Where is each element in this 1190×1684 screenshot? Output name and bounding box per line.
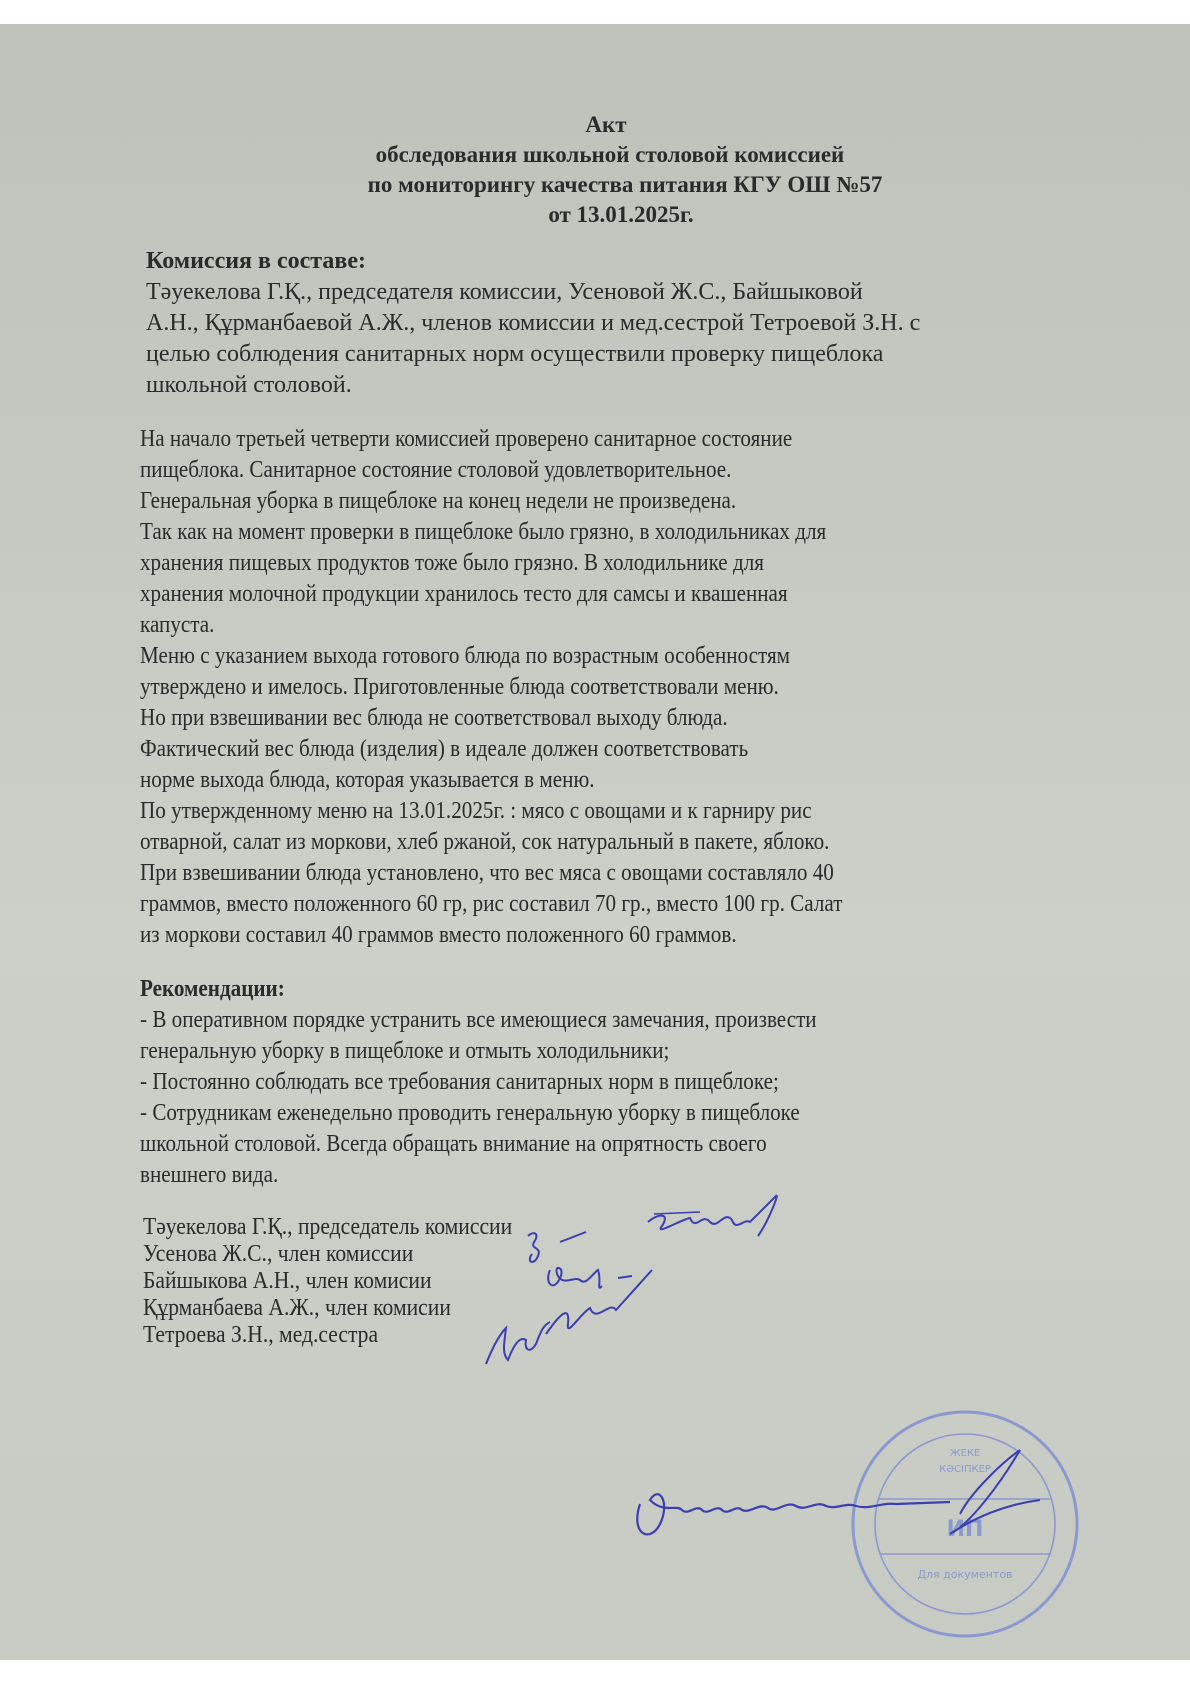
findings-line: норме выхода блюда, которая указывается … bbox=[140, 765, 595, 796]
findings-line: Но при взвешивании вес блюда не соответс… bbox=[140, 703, 728, 734]
commission-line: Тәуекелова Г.Қ., председателя комиссии, … bbox=[146, 277, 863, 308]
recommendation-line: внешнего вида. bbox=[140, 1160, 278, 1191]
commission-line: целью соблюдения санитарных норм осущест… bbox=[146, 339, 883, 370]
findings-line: хранения пищевых продуктов тоже было гря… bbox=[140, 548, 764, 579]
signature-chair-icon bbox=[640, 1192, 790, 1252]
signatory-member: Усенова Ж.С., член комиссии bbox=[143, 1241, 413, 1268]
recommendation-line: школьной столовой. Всегда обращать внима… bbox=[140, 1129, 767, 1160]
signatory-member: Байшыкова А.Н., член комисии bbox=[143, 1268, 432, 1295]
commission-line: школьной столовой. bbox=[146, 370, 352, 401]
findings-line: пищеблока. Санитарное состояние столовой… bbox=[140, 455, 731, 486]
title-act: Акт bbox=[22, 110, 1190, 140]
findings-line: отварной, салат из моркови, хлеб ржаной,… bbox=[140, 827, 829, 858]
recommendations-heading: Рекомендации: bbox=[140, 974, 285, 1005]
svg-text:Для документов: Для документов bbox=[917, 1568, 1012, 1581]
findings-line: При взвешивании блюда установлено, что в… bbox=[140, 858, 834, 889]
signatory-nurse: Тетроева З.Н., мед.сестра bbox=[143, 1322, 378, 1349]
signature-director-icon bbox=[620, 1444, 1080, 1554]
findings-line: из моркови составил 40 граммов вместо по… bbox=[140, 920, 737, 951]
recommendation-line: - Сотрудникам еженедельно проводить гене… bbox=[140, 1098, 800, 1129]
findings-line: По утвержденному меню на 13.01.2025г. : … bbox=[140, 796, 812, 827]
document-title: Акт обследования школьной столовой комис… bbox=[0, 110, 1190, 230]
recommendation-line: - Постоянно соблюдать все требования сан… bbox=[140, 1067, 779, 1098]
title-date: от 13.01.2025г. bbox=[52, 200, 1190, 230]
signatory-member: Құрманбаева А.Ж., член комисии bbox=[143, 1295, 451, 1322]
signatory-chair: Тәуекелова Г.Қ., председатель комиссии bbox=[143, 1214, 512, 1241]
commission-line: А.Н., Құрманбаевой А.Ж., членов комиссии… bbox=[146, 308, 920, 339]
recommendation-line: - В оперативном порядке устранить все им… bbox=[140, 1005, 817, 1036]
findings-line: Так как на момент проверки в пищеблоке б… bbox=[140, 517, 826, 548]
findings-line: Фактический вес блюда (изделия) в идеале… bbox=[140, 734, 748, 765]
recommendation-line: генеральную уборку в пищеблоке и отмыть … bbox=[140, 1036, 669, 1067]
findings-line: утверждено и имелось. Приготовленные блю… bbox=[140, 672, 779, 703]
findings-line: хранения молочной продукции хранилось те… bbox=[140, 579, 788, 610]
scanned-document-page: Акт обследования школьной столовой комис… bbox=[0, 24, 1190, 1660]
signature-nurse-icon bbox=[480, 1314, 560, 1374]
findings-line: граммов, вместо положенного 60 гр, рис с… bbox=[140, 889, 842, 920]
title-subject: обследования школьной столовой комиссией bbox=[30, 140, 1190, 170]
findings-line: капуста. bbox=[140, 610, 214, 641]
findings-line: Генеральная уборка в пищеблоке на конец … bbox=[140, 486, 736, 517]
findings-line: Меню с указанием выхода готового блюда п… bbox=[140, 641, 790, 672]
commission-heading: Комиссия в составе: bbox=[146, 246, 366, 277]
findings-line: На начало третьей четверти комиссией про… bbox=[140, 424, 792, 455]
title-organization: по мониторингу качества питания КГУ ОШ №… bbox=[60, 170, 1190, 200]
